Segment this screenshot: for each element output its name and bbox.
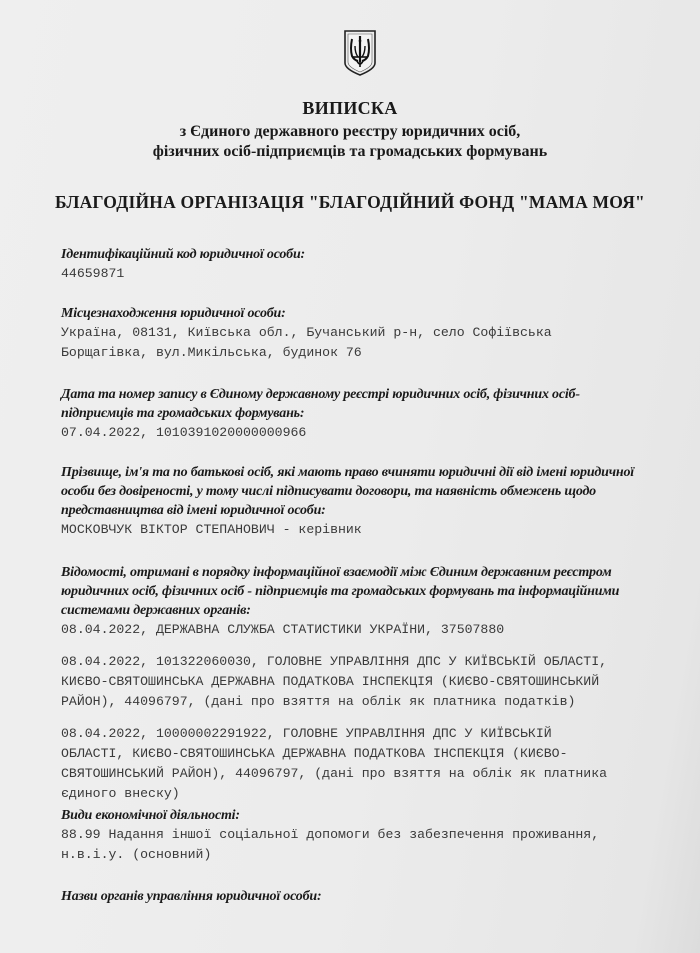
registration-record-value: 07.04.2022, 1010391020000000966	[61, 423, 671, 443]
document-subtitle-line-2: фізичних осіб-підприємців та громадських…	[0, 143, 700, 161]
document-title: ВИПИСКА	[0, 98, 700, 119]
section-label: Ідентифікаційний код юридичної особи:	[61, 245, 671, 264]
section-management-bodies: Назви органів управління юридичної особи…	[61, 887, 671, 906]
interaction-record-1: 08.04.2022, ДЕРЖАВНА СЛУЖБА СТАТИСТИКИ У…	[61, 620, 671, 640]
section-label: Прізвище, ім'я та по батькові осіб, які …	[61, 463, 671, 520]
section-label: Дата та номер запису в Єдиному державном…	[61, 385, 671, 423]
location-value: Україна, 08131, Київська обл., Бучанськи…	[61, 323, 671, 363]
identification-code-value: 44659871	[61, 264, 671, 284]
section-interaction-info: Відомості, отримані в порядку інформацій…	[61, 563, 671, 804]
section-economic-activity: Види економічної діяльності: 88.99 Надан…	[61, 806, 671, 865]
document-page: ВИПИСКА з Єдиного державного реєстру юри…	[0, 0, 700, 953]
section-identification-code: Ідентифікаційний код юридичної особи: 44…	[61, 245, 671, 284]
section-label: Назви органів управління юридичної особи…	[61, 887, 671, 906]
section-registration-record: Дата та номер запису в Єдиному державном…	[61, 385, 671, 443]
authorized-person-value: МОСКОВЧУК ВІКТОР СТЕПАНОВИЧ - керівник	[61, 520, 671, 540]
section-label: Види економічної діяльності:	[61, 806, 671, 825]
organization-name: БЛАГОДІЙНА ОРГАНІЗАЦІЯ "БЛАГОДІЙНИЙ ФОНД…	[0, 192, 700, 213]
interaction-record-2: 08.04.2022, 101322060030, ГОЛОВНЕ УПРАВЛ…	[61, 652, 671, 712]
section-authorized-persons: Прізвище, ім'я та по батькові осіб, які …	[61, 463, 671, 540]
section-label: Місцезнаходження юридичної особи:	[61, 304, 671, 323]
document-subtitle-line-1: з Єдиного державного реєстру юридичних о…	[0, 123, 700, 141]
section-location: Місцезнаходження юридичної особи: Україн…	[61, 304, 671, 363]
interaction-record-3: 08.04.2022, 10000002291922, ГОЛОВНЕ УПРА…	[61, 724, 671, 804]
coat-of-arms-icon	[343, 29, 377, 77]
section-label: Відомості, отримані в порядку інформацій…	[61, 563, 671, 620]
economic-activity-value: 88.99 Надання іншої соціальної допомоги …	[61, 825, 671, 865]
